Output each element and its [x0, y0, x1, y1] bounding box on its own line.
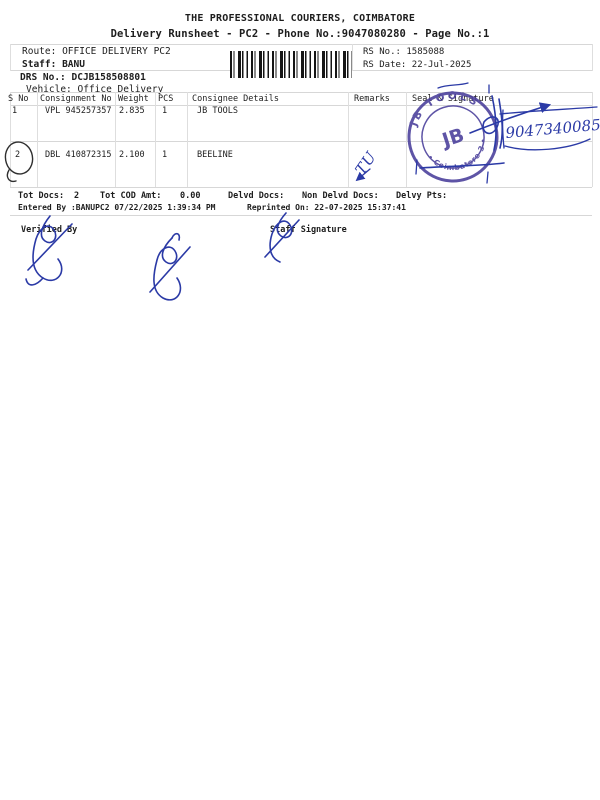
remark-mark-text: TU [352, 147, 381, 178]
divider [352, 44, 353, 71]
table-border [115, 92, 116, 187]
tot-cod-value: 0.00 [180, 192, 200, 201]
stamp-arrow [470, 105, 549, 133]
table-row-2-consignment: DBL 410872315 [45, 151, 112, 160]
col-header-consignment: Consignment No [40, 95, 112, 104]
table-row-2-consignee: BEELINE [197, 151, 233, 160]
table-row-1-consignment: VPL 945257357 [45, 107, 112, 116]
table-row-2-sno: 2 [15, 151, 20, 160]
tot-docs-label: Tot Docs: [18, 192, 64, 201]
staff-signature-label: Staff Signature [270, 226, 347, 235]
drs-label: DRS No.: [20, 72, 66, 83]
rs-date-value: 22-Jul-2025 [412, 60, 472, 70]
divider [10, 44, 11, 71]
table-row-1-pcs: 1 [162, 107, 167, 116]
table-border [348, 92, 349, 187]
table-border [406, 92, 407, 187]
col-header-pcs: PCS [158, 95, 173, 104]
table-row-2-weight: 2.100 [119, 151, 145, 160]
col-header-sno: S No [8, 95, 28, 104]
delvd-docs-label: Delvd Docs: [228, 192, 284, 201]
handwritten-remark-mark: TU [352, 147, 381, 180]
rs-date-field: RS Date: 22-Jul-2025 [363, 61, 471, 70]
middle-signature [150, 234, 190, 300]
staff-label: Staff: [22, 59, 56, 70]
col-header-seal: Seal & Signature [412, 95, 494, 104]
divider [10, 44, 592, 45]
remark-arrow [357, 169, 370, 180]
table-border [187, 92, 188, 187]
table-border [10, 187, 592, 188]
rs-no-label: RS No.: [363, 47, 401, 57]
ink-annotations-layer: JB TOOLS • Coimbatore-3 • JB 9047340085 [0, 0, 600, 800]
divider [10, 215, 592, 216]
drs-value: DCJB158508801 [72, 72, 146, 83]
col-header-weight: Weight [118, 95, 149, 104]
table-row-2-pcs: 1 [162, 151, 167, 160]
col-header-consignee: Consignee Details [192, 95, 279, 104]
barcode-icon [230, 51, 352, 78]
col-header-remarks: Remarks [354, 95, 390, 104]
runsheet-subtitle: Delivery Runsheet - PC2 - Phone No.:9047… [0, 29, 600, 40]
staff-value: BANU [62, 59, 85, 70]
table-row-1-consignee: JB TOOLS [197, 107, 238, 116]
divider [592, 44, 593, 71]
table-border [155, 92, 156, 187]
table-row-1-sno: 1 [12, 107, 17, 116]
route-label: Route: [22, 46, 56, 57]
circled-row-2-mark [3, 140, 35, 181]
stamp-center-text: JB [438, 124, 467, 152]
table-border [10, 92, 592, 93]
company-title: THE PROFESSIONAL COURIERS, COIMBATORE [0, 14, 600, 25]
delivery-runsheet-document: THE PROFESSIONAL COURIERS, COIMBATORE De… [0, 0, 600, 800]
route-field: Route: OFFICE DELIVERY PC2 [22, 47, 171, 57]
staff-signature-mark [265, 213, 299, 262]
stamp-inner-ring [414, 98, 492, 176]
rs-no-field: RS No.: 1585088 [363, 48, 444, 57]
rs-date-label: RS Date: [363, 60, 406, 70]
tot-docs-value: 2 [74, 192, 79, 201]
delvy-pts-label: Delvy Pts: [396, 192, 447, 201]
handwritten-phone-number: 9047340085 [505, 116, 600, 142]
route-value: OFFICE DELIVERY PC2 [62, 46, 171, 57]
non-delvd-docs-label: Non Delvd Docs: [302, 192, 379, 201]
reprinted-on-text: Reprinted On: 22-07-2025 15:37:41 [247, 204, 406, 212]
table-border [10, 141, 592, 142]
drs-field: DRS No.: DCJB158508801 [20, 73, 146, 83]
table-border [10, 92, 11, 187]
verified-by-label: Verified By [21, 226, 77, 235]
table-border [37, 92, 38, 187]
rs-no-value: 1585088 [406, 47, 444, 57]
staff-field: Staff: BANU [22, 60, 85, 70]
table-border [592, 92, 593, 187]
tot-cod-label: Tot COD Amt: [100, 192, 161, 201]
entered-by-text: Entered By :BANUPC2 07/22/2025 1:39:34 P… [18, 204, 215, 212]
table-row-1-weight: 2.835 [119, 107, 145, 116]
